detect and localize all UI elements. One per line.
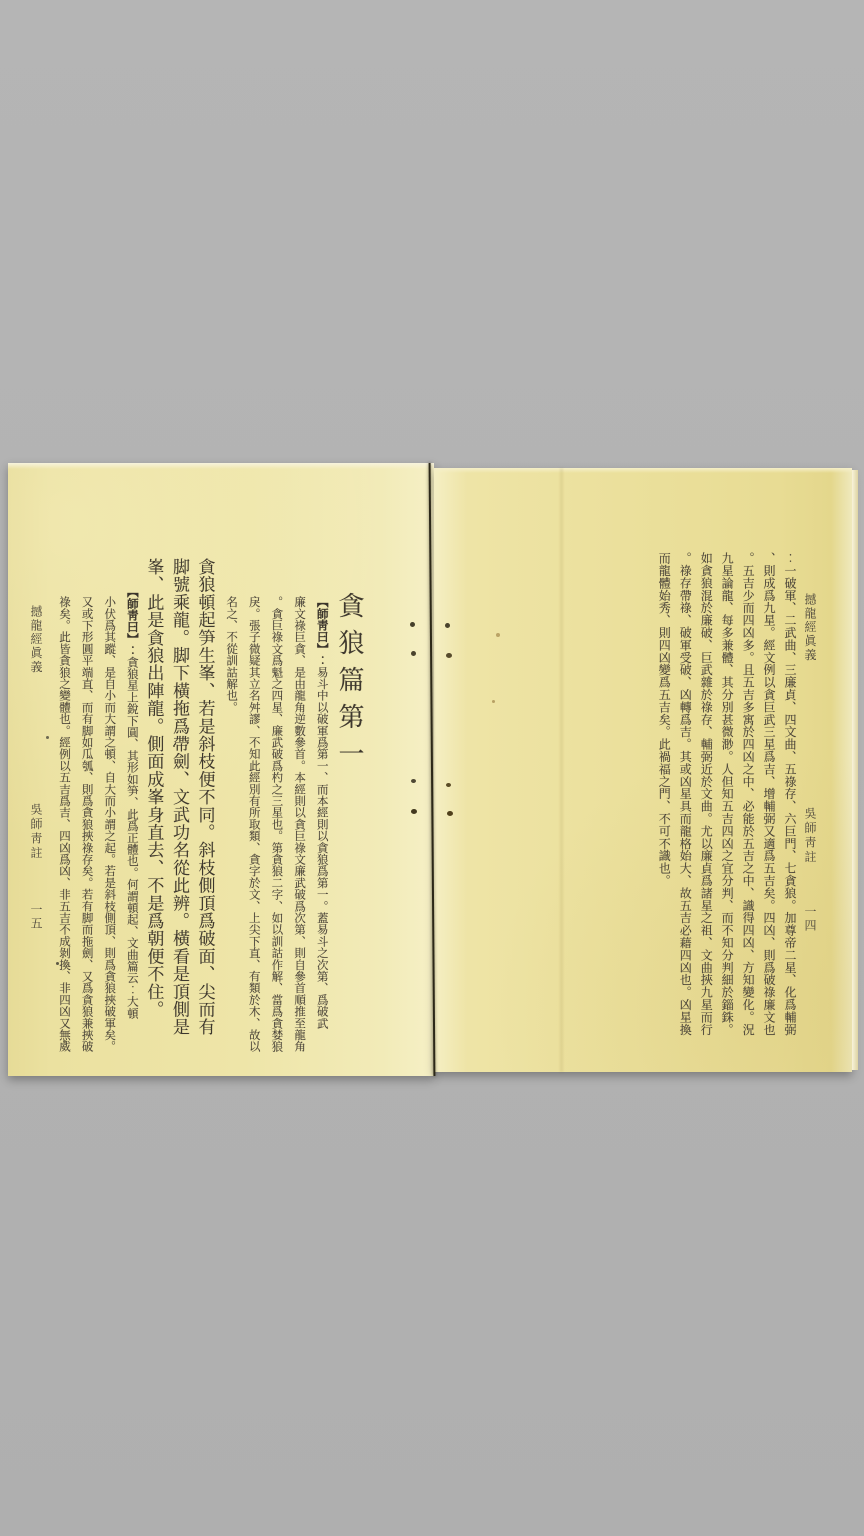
left-page: 貪狼篇第一 【師靑曰】︰易斗中以破軍爲第一、而本經則以貪狼爲第一。蓋易斗之次第、…	[8, 463, 434, 1076]
binding-hole	[410, 622, 415, 627]
scanned-book-spread: 貪狼篇第一 【師靑曰】︰易斗中以破軍爲第一、而本經則以貪狼爲第一。蓋易斗之次第、…	[0, 0, 864, 1536]
verse-column: 脚號乘龍。脚下橫拖爲帶劍、文武功名從此辨。橫看是頂側是	[169, 556, 189, 1056]
binding-hole	[445, 623, 450, 628]
page-edge	[852, 470, 858, 1070]
ink-speck	[63, 1040, 66, 1043]
binding-hole	[446, 653, 452, 658]
commentary-column: 祿矣。此皆貪狼之變體也。經例以五吉爲吉、四凶爲凶、非五吉不成剝換、非四凶又無威	[57, 556, 70, 1056]
text-column: 、則成爲九星。經文例以貪巨武三星爲吉、增輔弼又適爲五吉矣。四凶、則爲破祿廉文也	[762, 552, 775, 1057]
left-page-text-block: 貪狼篇第一 【師靑曰】︰易斗中以破軍爲第一、而本經則以貪狼爲第一。蓋易斗之次第、…	[47, 556, 363, 1056]
running-title: 撼龍經眞義	[28, 605, 45, 674]
binding-hole	[411, 779, 416, 783]
binding-hole	[411, 651, 416, 656]
text-column: ︰一破軍、二武曲、三廉貞、四文曲、五祿存、六巨門、七貪狼。加尊帝二星、化爲輔弼	[783, 552, 796, 1057]
text-column: 九星論龍、每多兼體、其分別甚微渺。人但知五吉四凶之宜分判、而不知分判細於錙銖。	[720, 552, 733, 1057]
commentary-column: 廉文祿巨貪、是由龍角逆數參首。本經則以貪巨祿文廉武破爲次第、則自參首順推至龍角	[292, 556, 305, 1056]
binding-hole	[411, 809, 417, 814]
commentator-label: 【師靑曰】︰	[126, 586, 138, 656]
paper-crease	[560, 468, 563, 1072]
paper-stain	[496, 633, 500, 637]
commentary-column: 小伏爲其蹤、是自小而大謂之頓、自大而小謂之起。若是斜枝側頂、則爲貪狼挾破軍矣。	[103, 556, 116, 1056]
book-spine	[429, 463, 437, 1076]
text-column: 。五吉少而四凶多。且五吉多寓於四凶之中、必能於五吉之中、識得四凶、方知變化。況	[741, 552, 754, 1057]
commentary-column: 。貪巨祿文爲魁之四星、廉武破爲杓之三星也。第貪狼二字、如以訓詁作解、當爲貪婪狼	[270, 556, 283, 1056]
text-column: 。祿存帶祿、破軍受破、凶轉爲吉。其或凶星具而龍格始大、故五吉必藉四凶也。凶星換	[678, 552, 691, 1057]
ink-speck	[173, 745, 175, 747]
verse-column: 貪狼頓起笋生峯、若是斜枝便不同。斜枝側頂爲破面、尖而有	[195, 556, 215, 1056]
binding-hole	[447, 811, 453, 816]
binding-hole	[446, 783, 451, 787]
commentary-column: 【師靑曰】︰貪狼星上銳下圓、其形如笋、此爲正體也。何謂頓起、文曲篇云︰大頓	[125, 556, 138, 1056]
commentary-column: 名之、不從訓詁解也。	[225, 556, 238, 1056]
commentator-label: 【師靑曰】︰	[316, 596, 328, 666]
verse-column: 峯、此是貪狼出陣龍。側面成峯身直去、不是爲朝便不住。	[144, 556, 164, 1056]
text-column: 而龍體始秀、則四凶變爲五吉矣。此禍福之門、不可不識也。	[657, 552, 670, 1057]
running-title: 撼龍經眞義	[802, 593, 819, 662]
paper-stain	[492, 700, 495, 703]
commentary-column: 戾。張子微疑其立名舛謬、不知此經別有所取類、貪字於文、上尖下直、有類於木、故以	[247, 556, 260, 1056]
chapter-title: 貪狼篇第一	[336, 556, 363, 1056]
commentary-column: 又或下形圓平端直、而有脚如瓜瓠、則爲貪狼挾祿存矣。若有脚而拖劍、又爲貪狼兼挾破	[80, 556, 93, 1056]
author-credit: 吳師靑註	[28, 803, 45, 861]
author-credit: 吳師靑註	[802, 807, 819, 865]
ink-speck	[46, 736, 49, 739]
commentary-text: 貪狼星上銳下圓、其形如笋、此爲正體也。何謂頓起、文曲篇云︰大頓	[126, 656, 138, 1019]
commentary-column: 【師靑曰】︰易斗中以破軍爲第一、而本經則以貪狼爲第一。蓋易斗之次第、爲破武	[315, 556, 328, 1056]
commentary-text: 易斗中以破軍爲第一、而本經則以貪狼爲第一。蓋易斗之次第、爲破武	[316, 666, 328, 1029]
right-page-text-block: ︰一破軍、二武曲、三廉貞、四文曲、五祿存、六巨門、七貪狼。加尊帝二星、化爲輔弼 …	[649, 552, 796, 1057]
ink-speck	[56, 962, 59, 965]
text-column: 如貪狼混於廉破、巨武雜於祿存、輔弼近於文曲。尤以廉貞爲諸星之祖、文曲挾九星而行	[699, 552, 712, 1057]
page-number: 一五	[28, 903, 45, 931]
right-page: ︰一破軍、二武曲、三廉貞、四文曲、五祿存、六巨門、七貪狼。加尊帝二星、化爲輔弼 …	[434, 468, 852, 1072]
page-number: 一四	[802, 905, 819, 933]
